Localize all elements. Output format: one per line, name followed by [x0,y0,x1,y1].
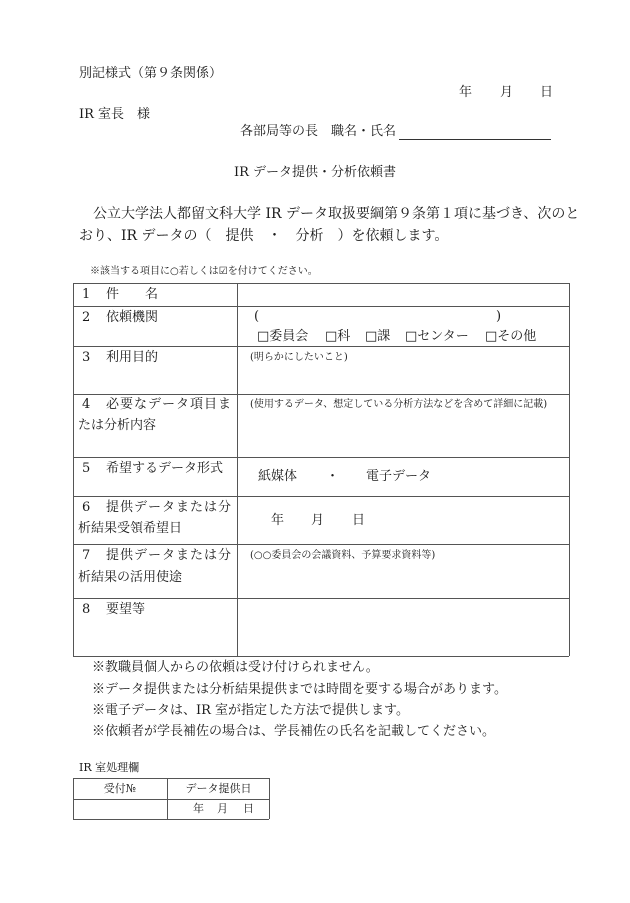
subject-input[interactable] [238,284,568,305]
header-date-year: 年 [459,85,472,101]
row-number: 6 [82,500,90,516]
row-label-data-items-line2: たは分析内容 [78,418,156,434]
row-number: 5 [82,461,90,477]
paren-open: ( [254,309,259,325]
table-border [73,457,569,458]
usage-input[interactable] [238,545,568,597]
intro-line-2: おり、IR データの（ 提供 ・ 分析 ）を依頼します。 [79,227,448,245]
office-section-title: IR 室処理欄 [79,761,139,775]
format-electronic-option[interactable]: 電子データ [366,469,431,485]
format-separator: ・ [326,469,339,485]
note-item: ※依頼者が学長補佐の場合は、学長補佐の氏名を記載してください。 [92,724,495,740]
table-border [73,819,269,820]
row-label-desired-date-line2: 析結果受領希望日 [78,521,182,537]
row-number: 7 [82,548,90,564]
row-label-data-format: 希望するデータ形式 [106,461,223,477]
row-number: 3 [82,350,90,366]
row-number: 4 [82,397,90,413]
instruction-note: ※該当する項目に○若しくは☑を付けてください。 [90,266,318,278]
purpose-input[interactable] [238,347,568,393]
option-section-checkbox[interactable]: □課 [365,329,390,345]
row-label-data-items-line1: 必要なデータ項目ま [106,397,232,413]
option-department-checkbox[interactable]: □科 [325,329,350,345]
signatory-label: 各部局等の長 職名・氏名 [240,124,396,140]
row-number: 8 [82,602,90,618]
header-date-month: 月 [500,85,513,101]
row-number: 2 [82,310,90,326]
desired-date-year[interactable]: 年 [271,513,284,529]
table-border [73,656,569,657]
note-item: ※データ提供または分析結果提供までは時間を要する場合があります。 [92,682,507,698]
provision-date-header: データ提供日 [168,782,269,796]
option-other-checkbox[interactable]: □その他 [485,329,536,345]
option-center-checkbox[interactable]: □センター [405,329,469,345]
signature-line[interactable] [399,139,551,140]
form-reference: 別記様式（第９条関係） [79,66,222,82]
receipt-number-header: 受付№ [73,782,167,796]
provision-date-day[interactable]: 日 [243,802,254,816]
table-border [569,283,570,656]
desired-date-month[interactable]: 月 [311,513,324,529]
intro-line-1: 公立大学法人都留文科大学 IR データ取扱要綱第９条第１項に基づき、次のと [93,205,579,223]
paren-close: ) [496,309,501,325]
requests-input[interactable] [238,599,568,655]
receipt-number-input[interactable] [74,800,166,818]
row-label-organization: 依頼機関 [106,310,158,326]
row-label-purpose: 利用目的 [106,350,158,366]
table-border [73,283,74,656]
row-label-usage-line1: 提供データまたは分 [106,548,232,564]
addressee: IR 室長 様 [79,107,150,123]
table-border [73,496,569,497]
row-label-requests: 要望等 [106,602,145,618]
note-item: ※教職員個人からの依頼は受け付けられません。 [92,660,379,676]
note-item: ※電子データは、IR 室が指定した方法で提供します。 [92,703,409,719]
option-committee-checkbox[interactable]: □委員会 [257,329,308,345]
provision-date-month[interactable]: 月 [217,802,228,816]
row-number: 1 [82,287,90,303]
header-date-day: 日 [540,85,553,101]
format-paper-option[interactable]: 紙媒体 [258,469,297,485]
row-label-subject: 件 名 [106,287,158,303]
row-label-desired-date-line1: 提供データまたは分 [106,500,232,516]
table-border [73,778,269,779]
provision-date-year[interactable]: 年 [193,802,204,816]
table-border [269,778,270,819]
row-label-usage-line2: 析結果の活用使途 [78,570,182,586]
organization-name-input[interactable] [262,307,492,325]
desired-date-day[interactable]: 日 [352,513,365,529]
document-title: IR データ提供・分析依頼書 [0,165,630,181]
data-items-input[interactable] [238,395,568,456]
